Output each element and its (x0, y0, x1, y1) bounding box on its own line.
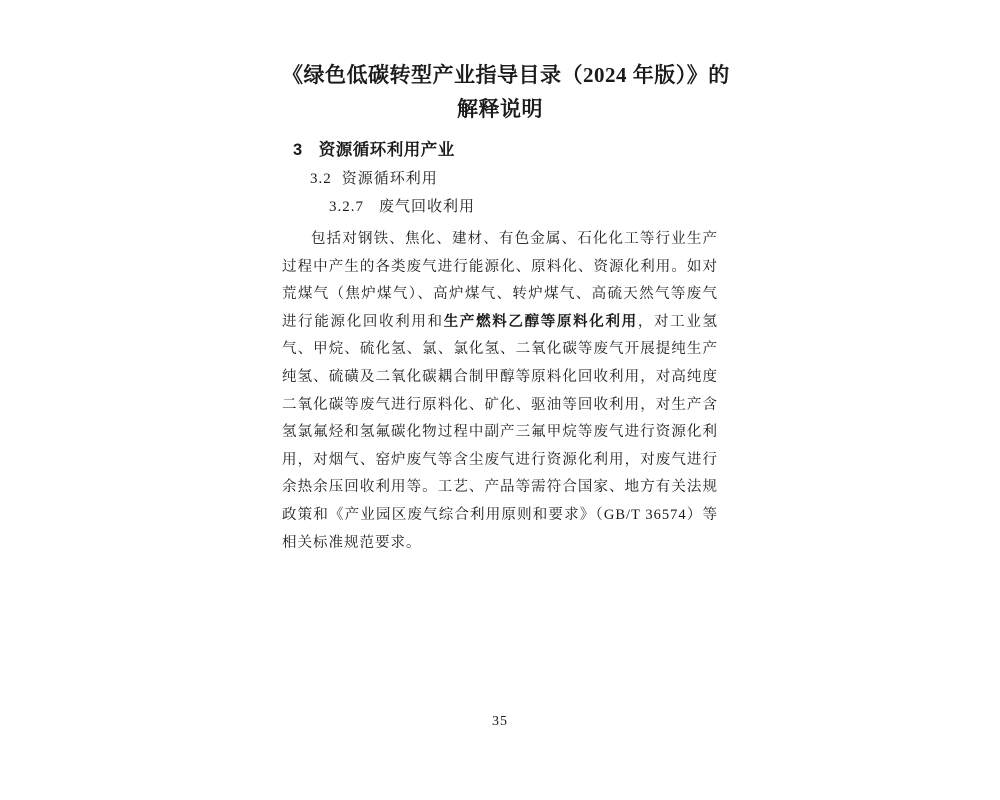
paragraph-text-after-bold: ，对工业氢气、甲烷、硫化氢、氯、氯化氢、二氧化碳等废气开展提纯生产纯氢、硫磺及二… (282, 314, 718, 551)
section-number-level2: 3.2 (310, 171, 332, 187)
section-label-level2: 资源循环利用 (342, 171, 438, 187)
page-content-column: 《绿色低碳转型产业指导目录（2024 年版）》的 解释说明 3资源循环利用产业 … (282, 0, 718, 557)
document-title-line-1: 《绿色低碳转型产业指导目录（2024 年版）》的 (282, 58, 718, 92)
section-number-level1: 3 (293, 141, 303, 159)
section-label-level3: 废气回收利用 (379, 199, 475, 215)
section-number-level3: 3.2.7 (329, 199, 364, 215)
body-paragraph: 包括对钢铁、焦化、建材、有色金属、石化化工等行业生产过程中产生的各类废气进行能源… (282, 226, 718, 557)
document-title-line-2: 解释说明 (282, 92, 718, 126)
page-number: 35 (0, 714, 1000, 730)
section-heading-level2: 3.2资源循环利用 (282, 169, 718, 190)
document-title: 《绿色低碳转型产业指导目录（2024 年版）》的 解释说明 (282, 58, 718, 126)
section-label-level1: 资源循环利用产业 (319, 141, 455, 159)
section-heading-level1: 3资源循环利用产业 (282, 139, 718, 161)
section-heading-level3: 3.2.7废气回收利用 (282, 197, 718, 218)
document-page: 《绿色低碳转型产业指导目录（2024 年版）》的 解释说明 3资源循环利用产业 … (0, 0, 1000, 800)
paragraph-bold-phrase: 生产燃料乙醇等原料化利用 (444, 314, 638, 330)
